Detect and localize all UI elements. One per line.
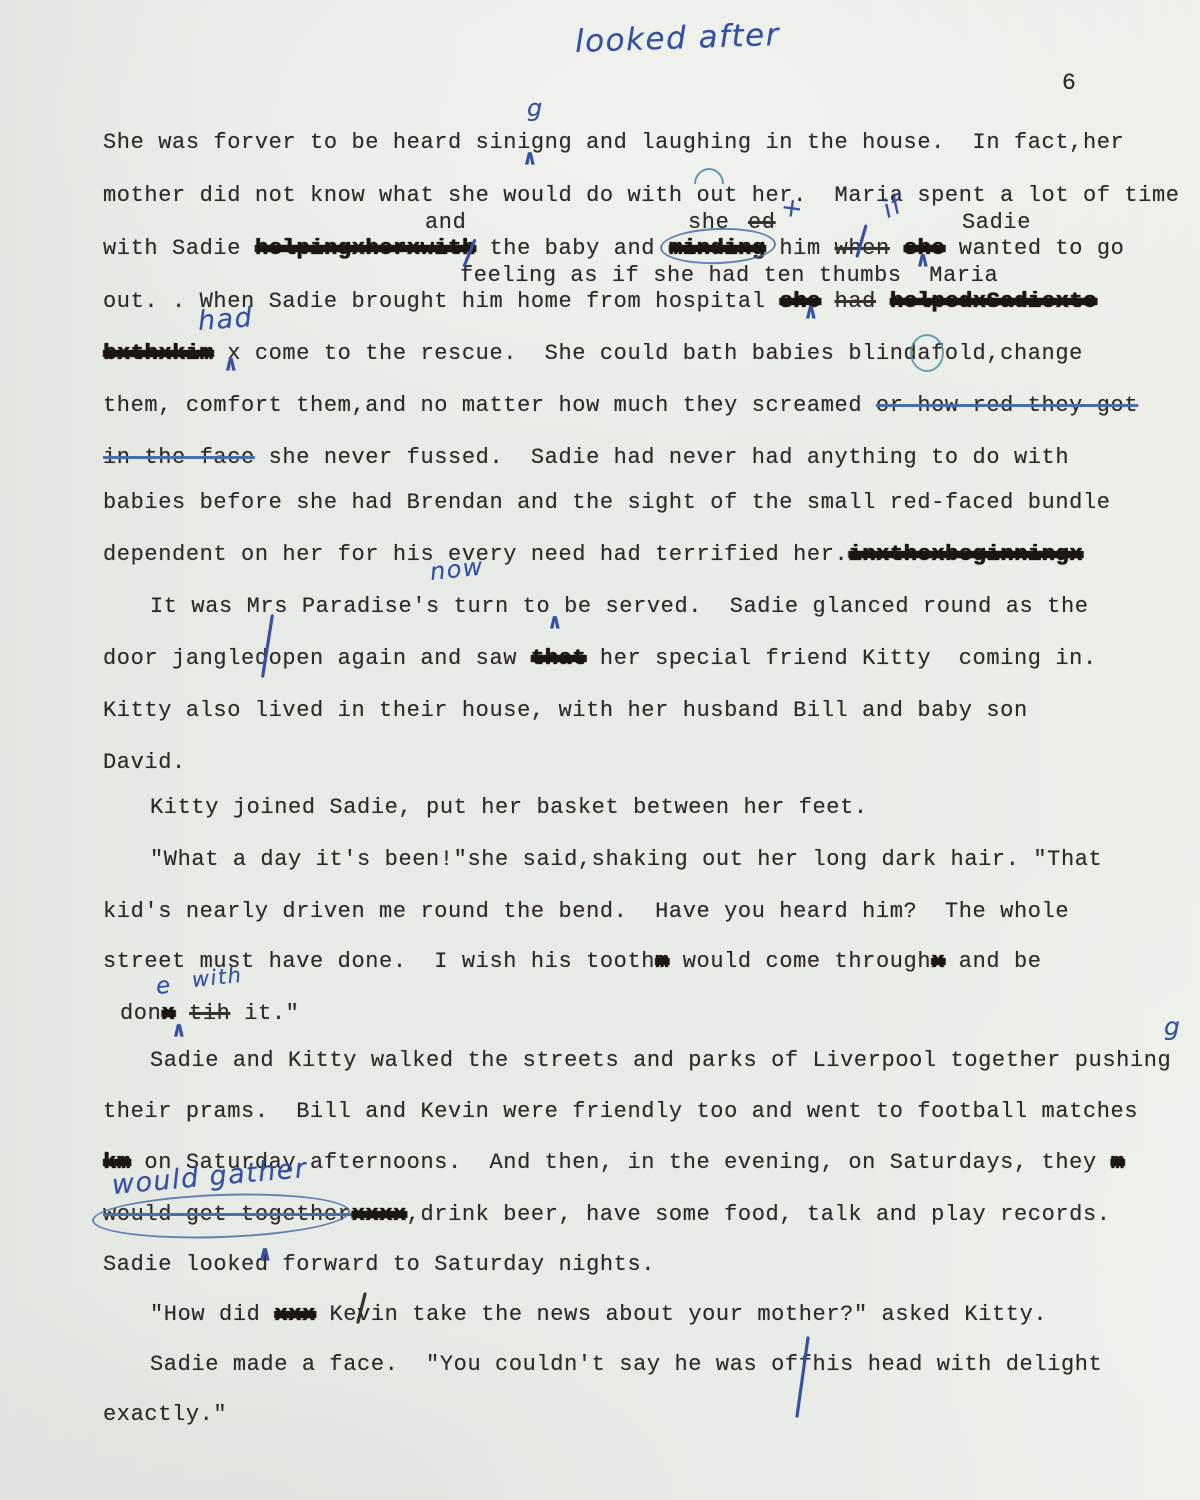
typed-text: don bbox=[120, 1001, 161, 1026]
pen-struck-text: or how red they got bbox=[876, 393, 1138, 418]
insert-with-note: with bbox=[191, 963, 244, 992]
typed-text: David. bbox=[103, 750, 186, 775]
typed-text: She was forver to be heard sinigng and l… bbox=[103, 130, 1124, 155]
caret-sinigng: ∧ bbox=[522, 146, 537, 171]
typescript-line: mother did not know what she would do wi… bbox=[103, 183, 1180, 208]
caret-she: ∧ bbox=[915, 248, 930, 273]
caret-hospital: ∧ bbox=[803, 300, 818, 325]
typed-text: It was Mrs Paradise's turn to be served.… bbox=[150, 594, 1089, 619]
overtyped-deleted-text: helpedxSadiexto bbox=[890, 289, 1097, 314]
typescript-line: door jangledopen again and saw that her … bbox=[103, 646, 1097, 671]
typed-text: him bbox=[766, 236, 835, 261]
typescript-line: street must have done. I wish his toothm… bbox=[103, 949, 1042, 974]
typed-text: Kevin take the news about your mother?" … bbox=[316, 1302, 1048, 1327]
typed-text: would come through bbox=[669, 949, 931, 974]
insert-e-note: e bbox=[155, 972, 173, 999]
typescript-line: kid's nearly driven me round the bend. H… bbox=[103, 899, 1069, 924]
typescript-line: David. bbox=[103, 750, 186, 775]
typed-text: street must have done. I wish his tooth bbox=[103, 949, 655, 974]
typed-text: them, comfort them,and no matter how muc… bbox=[103, 393, 876, 418]
typed-text bbox=[890, 236, 904, 261]
typescript-line: in the face she never fussed. Sadie had … bbox=[103, 445, 1069, 470]
insert-now-note: now bbox=[429, 552, 486, 585]
typed-text: with Sadie bbox=[103, 236, 255, 261]
typescript-line: and bbox=[425, 210, 466, 235]
pen-slash-off-his bbox=[795, 1336, 809, 1418]
header-note: looked after bbox=[574, 17, 780, 60]
insert-had-note: had bbox=[197, 302, 254, 337]
caret-turn-to: ∧ bbox=[547, 610, 562, 635]
closeup-arc-without bbox=[694, 168, 724, 184]
typed-text: Sadie looked forward to Saturday nights. bbox=[103, 1252, 655, 1277]
typed-text: Kitty also lived in their house, with he… bbox=[103, 698, 1028, 723]
typed-text: mother did not know what she would do wi… bbox=[103, 183, 1180, 208]
page-number: 6 bbox=[1062, 70, 1076, 96]
overtyped-deleted-text: xxx bbox=[274, 1302, 315, 1327]
typescript-line: "What a day it's been!"she said,shaking … bbox=[150, 847, 1102, 872]
typed-text: Kitty joined Sadie, put her basket betwe… bbox=[150, 795, 868, 820]
typescript-line: babies before she had Brendan and the si… bbox=[103, 490, 1111, 515]
typescript-line: Sadie bbox=[962, 210, 1031, 235]
typed-text: "How did bbox=[150, 1302, 274, 1327]
typed-text: x come to the rescue. She could bath bab… bbox=[213, 341, 1083, 366]
typescript-line: Sadie and Kitty walked the streets and p… bbox=[150, 1048, 1171, 1073]
typed-text: and bbox=[425, 210, 466, 235]
overtyped-deleted-text: m bbox=[655, 949, 669, 974]
typed-text: "What a day it's been!"she said,shaking … bbox=[150, 847, 1102, 872]
typescript-line: "How did xxx Kevin take the news about y… bbox=[150, 1302, 1047, 1327]
typed-text bbox=[876, 289, 890, 314]
overtyped-deleted-text: that bbox=[531, 646, 586, 671]
pen-struck-text: in the face bbox=[103, 445, 255, 470]
manuscript-page: 6 She was forver to be heard sinigng and… bbox=[0, 0, 1200, 1500]
caret-done: ∧ bbox=[171, 1018, 186, 1043]
typed-text: ,drink beer, have some food, talk and pl… bbox=[407, 1202, 1111, 1227]
typescript-line: Sadie looked forward to Saturday nights. bbox=[103, 1252, 655, 1277]
typed-text: the baby and bbox=[476, 236, 669, 261]
insert-g-note: g bbox=[527, 94, 544, 122]
typescript-line: with Sadie helpingxherxwith the baby and… bbox=[103, 236, 1124, 261]
typed-text bbox=[821, 289, 835, 314]
typescript-line: Sadie made a face. "You couldn't say he … bbox=[150, 1352, 1102, 1377]
typed-text: babies before she had Brendan and the si… bbox=[103, 490, 1111, 515]
typescript-line: them, comfort them,and no matter how muc… bbox=[103, 393, 1138, 418]
overtyped-deleted-text: m bbox=[1111, 1150, 1125, 1175]
insert-plus-note: + bbox=[779, 192, 806, 225]
overtyped-deleted-text: xxxx bbox=[351, 1202, 406, 1227]
typed-text: Sadie bbox=[962, 210, 1031, 235]
delete-circle-blindfold bbox=[910, 334, 944, 372]
typed-text: she never fussed. Sadie had never had an… bbox=[255, 445, 1069, 470]
typed-text: and be bbox=[945, 949, 1042, 974]
typescript-line: exactly." bbox=[103, 1402, 227, 1427]
typed-text: door jangledopen again and saw bbox=[103, 646, 531, 671]
overtyped-deleted-text: inxthexbeginningx bbox=[848, 542, 1083, 567]
insert-g-pushing-note: g bbox=[1164, 1012, 1181, 1041]
typescript-line: She was forver to be heard sinigng and l… bbox=[103, 130, 1124, 155]
caret-rescue: ∧ bbox=[223, 352, 238, 377]
typescript-line: donx tih it." bbox=[120, 1001, 299, 1026]
typed-struck-text: tih bbox=[189, 1001, 230, 1026]
typed-text: kid's nearly driven me round the bend. H… bbox=[103, 899, 1069, 924]
overtyped-deleted-text: x bbox=[931, 949, 945, 974]
typed-text: exactly." bbox=[103, 1402, 227, 1427]
typescript-line: dependent on her for his every need had … bbox=[103, 542, 1083, 567]
typed-struck-text: had bbox=[835, 289, 876, 314]
typed-text: Sadie and Kitty walked the streets and p… bbox=[150, 1048, 1171, 1073]
overtyped-deleted-text: helpingxherxwith bbox=[255, 236, 476, 261]
typed-text: her special friend Kitty coming in. bbox=[586, 646, 1097, 671]
typescript-line: Kitty joined Sadie, put her basket betwe… bbox=[150, 795, 868, 820]
typed-text: their prams. Bill and Kevin were friendl… bbox=[103, 1099, 1138, 1124]
typescript-line: It was Mrs Paradise's turn to be served.… bbox=[150, 594, 1089, 619]
typed-text: Sadie made a face. "You couldn't say he … bbox=[150, 1352, 1102, 1377]
caret-together: ∧ bbox=[257, 1242, 272, 1267]
typescript-line: their prams. Bill and Kevin were friendl… bbox=[103, 1099, 1138, 1124]
typescript-line: Kitty also lived in their house, with he… bbox=[103, 698, 1028, 723]
typed-text: wanted to go bbox=[945, 236, 1124, 261]
overtyped-deleted-text: bxthxkim bbox=[103, 341, 213, 366]
typed-text: it." bbox=[230, 1001, 299, 1026]
